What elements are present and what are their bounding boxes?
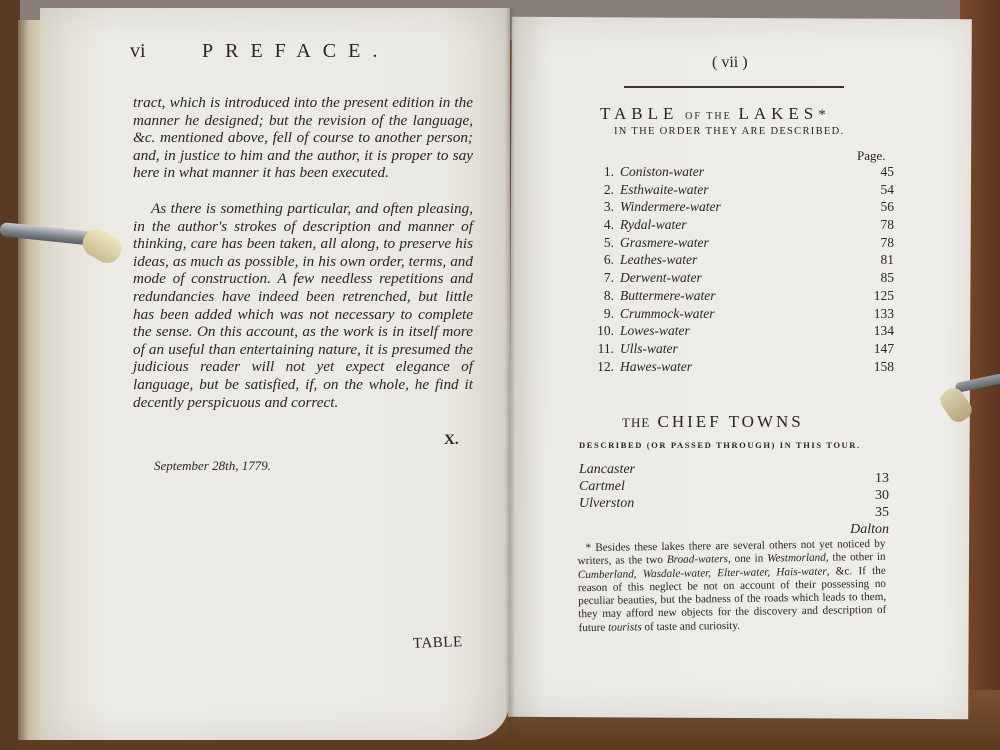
chief-towns-title: THE CHIEF TOWNS — [622, 412, 804, 432]
catchword: TABLE — [413, 634, 463, 653]
table-subtitle: IN THE ORDER THEY ARE DESCRIBED. — [614, 126, 844, 137]
book-gutter — [505, 8, 515, 738]
list-item: Cartmel30 — [579, 479, 889, 496]
table-row: 4.Rydal-water78 — [588, 217, 894, 235]
footnote-marker: * — [818, 107, 829, 123]
town-last: Dalton — [850, 522, 889, 538]
table-row: 11.Ulls-water147 — [588, 341, 894, 359]
table-of-lakes-title: TABLE OF THE LAKES* — [600, 104, 829, 124]
dateline: September 28th, 1779. — [154, 458, 271, 474]
paragraph-text: As there is something particular, and of… — [133, 200, 473, 411]
preface-paragraph-1: tract, which is introduced into the pres… — [133, 94, 473, 182]
signature: X. — [444, 432, 459, 449]
table-row: 3.Windermere-water56 — [588, 199, 894, 217]
list-item: Ulverston35 — [579, 496, 889, 513]
chief-towns-subtitle: DESCRIBED (OR PASSED THROUGH) IN THIS TO… — [579, 440, 861, 450]
table-row: 10.Lowes-water134 — [588, 323, 894, 341]
table-row: 9.Crummock-water133 — [588, 306, 894, 324]
page-number-left: vi — [130, 40, 146, 63]
table-row: 8.Buttermere-water125 — [588, 288, 894, 306]
footnote: * Besides these lakes there are several … — [577, 538, 886, 635]
table-row: 7.Derwent-water85 — [588, 270, 894, 288]
table-row: 12.Hawes-water158 — [588, 359, 894, 377]
list-item: Lancaster13 — [579, 462, 889, 479]
page-column-header: Page. — [857, 148, 886, 164]
table-row: 1.Coniston-water45 — [588, 164, 894, 182]
table-row: 6.Leathes-water81 — [588, 252, 894, 270]
page-number-right: ( vii ) — [712, 54, 748, 72]
running-head: PREFACE. — [202, 40, 389, 63]
preface-paragraph-2: As there is something particular, and of… — [133, 200, 473, 411]
table-row: 2.Esthwaite-water54 — [588, 182, 894, 200]
header-rule — [624, 86, 844, 88]
lakes-table: 1.Coniston-water45 2.Esthwaite-water54 3… — [588, 164, 894, 376]
paragraph-text: tract, which is introduced into the pres… — [133, 94, 473, 182]
towns-list: Lancaster13 Cartmel30 Ulverston35 Dalton — [579, 462, 889, 513]
book-cover-edge — [0, 0, 20, 750]
table-row: 5.Grasmere-water78 — [588, 235, 894, 253]
footnote-text: * Besides these lakes there are several … — [577, 538, 886, 635]
